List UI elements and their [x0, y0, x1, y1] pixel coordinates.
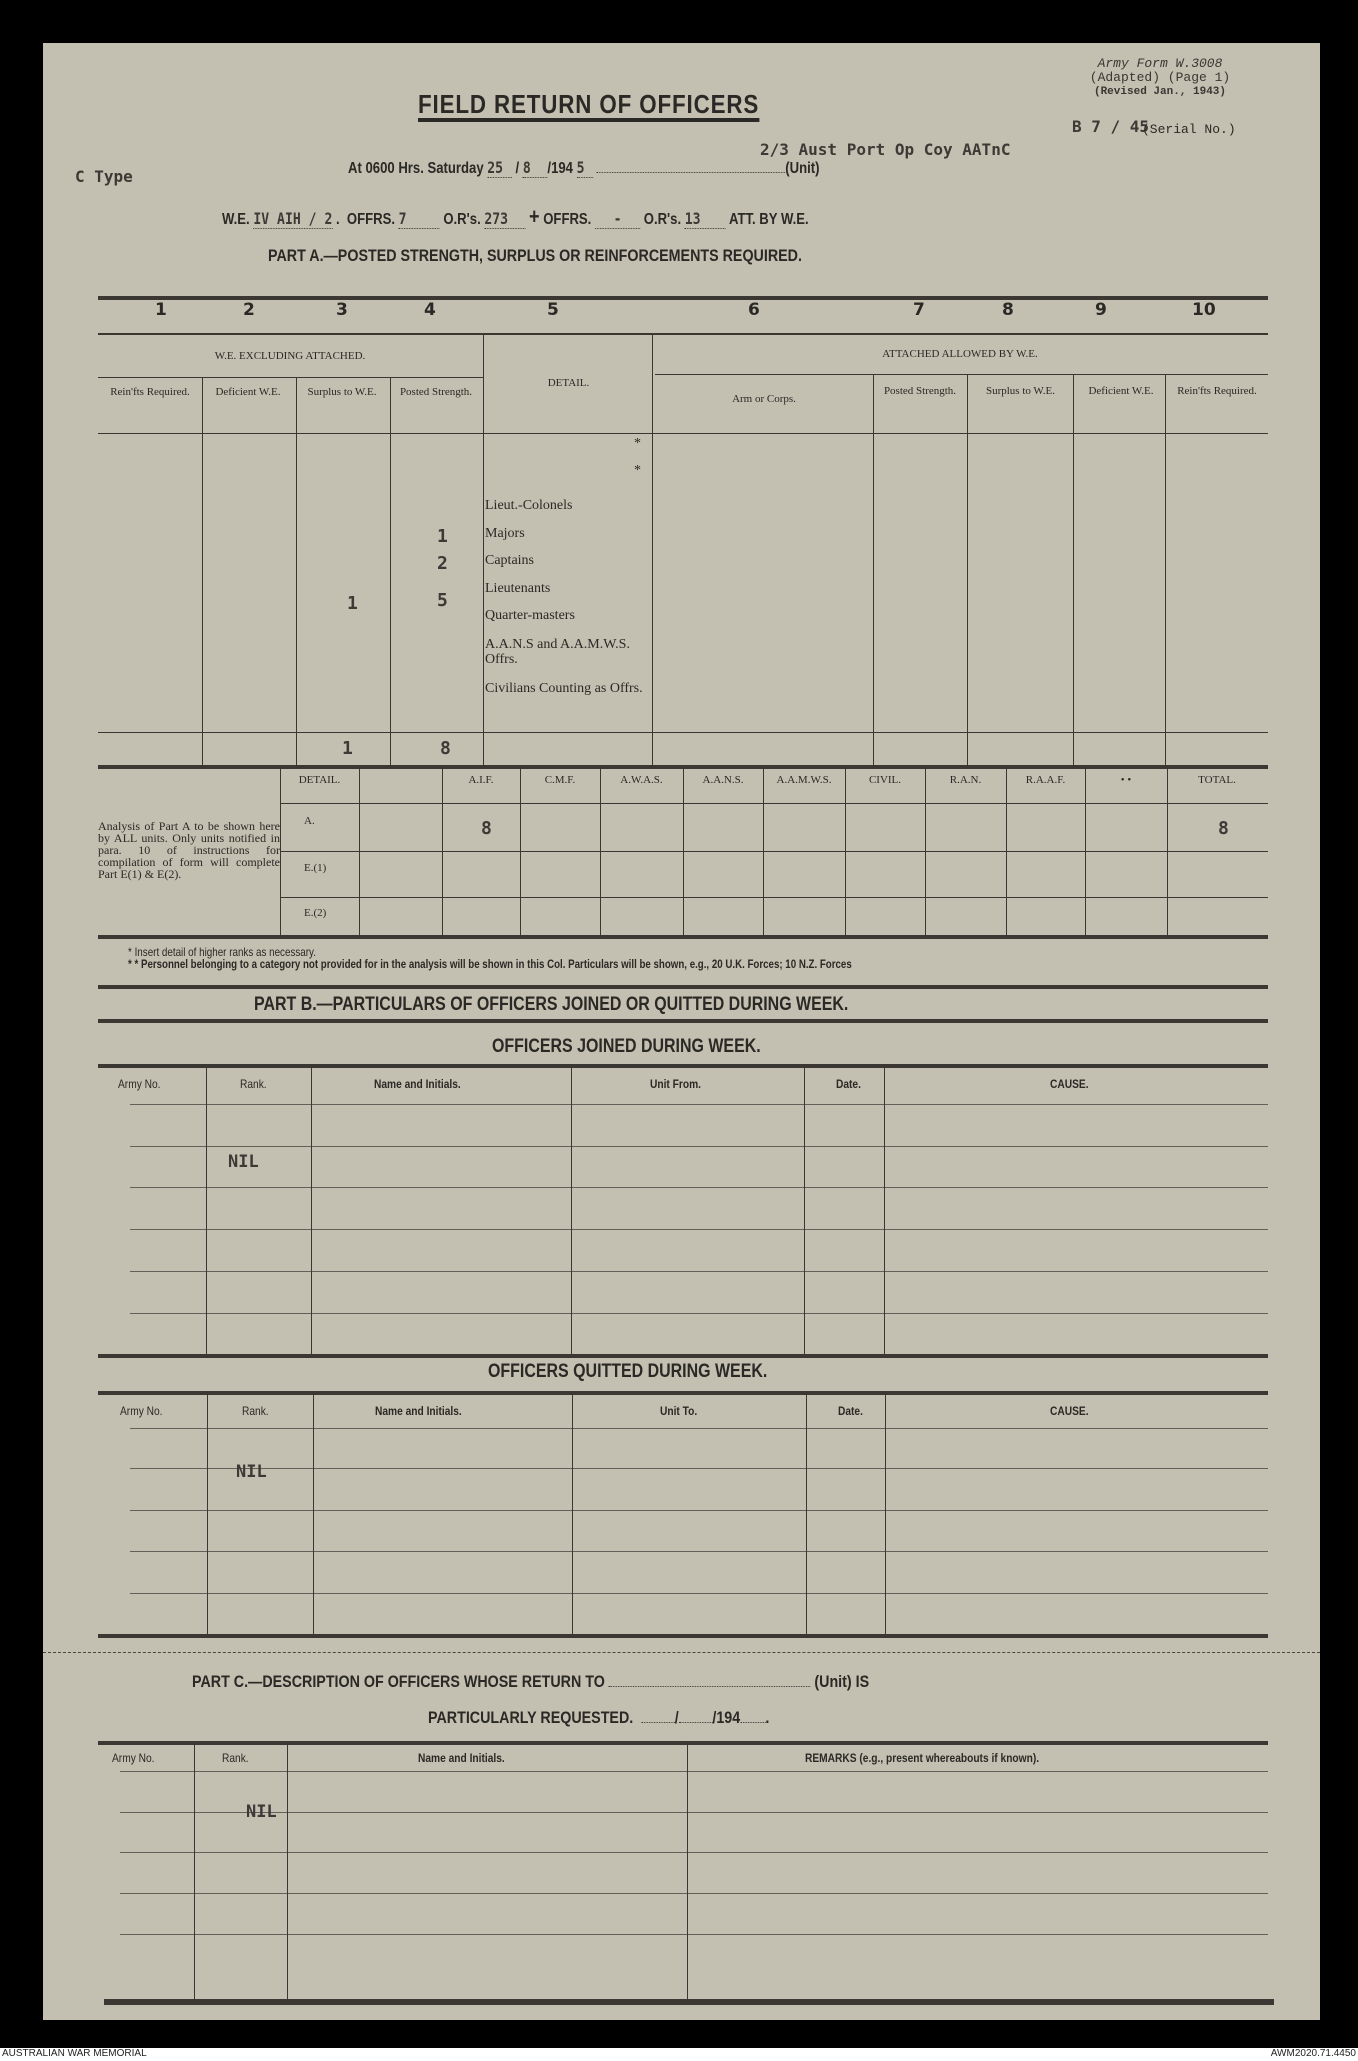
part-b-title: PART B.—PARTICULARS OF OFFICERS JOINED O… — [254, 994, 848, 1016]
posted-majors-value[interactable]: 1 — [437, 526, 448, 547]
joined-header-rank: Rank. — [240, 1077, 267, 1091]
quitted-header-cause: CAUSE. — [1050, 1404, 1089, 1418]
analysis-row-a-label: A. — [304, 815, 315, 827]
col-rule — [1165, 375, 1166, 765]
col-header-surplus-to-we: Surplus to W.E. — [297, 386, 387, 398]
part-c-month-field[interactable] — [679, 1722, 713, 1723]
detail-row-civilians: Civilians Counting as Offrs. — [485, 681, 650, 696]
part-c-title: PART C.—DESCRIPTION OF OFFICERS WHOSE RE… — [192, 1672, 605, 1691]
col-rule — [483, 335, 484, 765]
att-ors-label: O.R's. — [644, 211, 681, 228]
quitted-header-unit-to: Unit To. — [660, 1404, 697, 1418]
col-number-7: 7 — [913, 300, 925, 320]
col-rule — [1167, 769, 1168, 935]
offrs-field[interactable]: 7 — [399, 209, 440, 229]
ruled-line — [130, 1146, 1268, 1147]
att-offrs-label: OFFRS. — [543, 211, 591, 228]
analysis-header-detail: DETAIL. — [280, 774, 359, 786]
divider — [98, 377, 483, 378]
analysis-header-cmf: C.M.F. — [520, 774, 600, 786]
analysis-row-e1-label: E.(1) — [304, 862, 326, 874]
divider — [98, 1634, 1268, 1638]
quitted-nil-entry[interactable]: NIL — [236, 1462, 267, 1482]
analysis-aif-value[interactable]: 8 — [481, 818, 492, 839]
divider — [280, 803, 1268, 804]
at-label: At 0600 Hrs. Saturday — [348, 160, 484, 177]
ruled-line — [130, 1593, 1268, 1594]
detail-row-captains: Captains — [485, 553, 534, 569]
ruled-line — [130, 1468, 1268, 1469]
att-suffix: ATT. BY W.E. — [729, 211, 809, 228]
quitted-header-rank: Rank. — [242, 1404, 269, 1418]
part-c-header-army-no: Army No. — [112, 1751, 155, 1765]
analysis-header-civil: CIVIL. — [845, 774, 925, 786]
posted-captains-value[interactable]: 2 — [437, 553, 448, 574]
joined-header-army-no: Army No. — [118, 1077, 161, 1091]
part-c-requested: PARTICULARLY REQUESTED. — [428, 1708, 633, 1727]
col-header-att-deficient: Deficient W.E. — [1075, 385, 1167, 397]
analysis-header-aif: A.I.F. — [442, 774, 520, 786]
divider — [98, 1064, 1268, 1068]
part-c-header-rank: Rank. — [222, 1751, 249, 1765]
detail-row-lieutenants: Lieutenants — [485, 581, 550, 597]
col-header-deficient-we: Deficient W.E. — [203, 386, 293, 398]
analysis-row-e2-label: E.(2) — [304, 907, 326, 919]
col-header-reinfts-required: Rein'fts Required. — [100, 386, 200, 398]
unit-value: 2/3 Aust Port Op Coy AATnC — [760, 140, 1010, 159]
analysis-header-total: TOTAL. — [1167, 774, 1267, 786]
divider — [98, 985, 1268, 989]
part-c-year-field[interactable] — [740, 1722, 765, 1723]
ruled-line — [130, 1551, 1268, 1552]
unit-label: (Unit) — [785, 160, 819, 177]
col-rule — [600, 769, 601, 935]
joined-header-unit-from: Unit From. — [650, 1077, 701, 1091]
col-header-att-posted-strength: Posted Strength. — [875, 385, 965, 397]
col-rule — [845, 769, 846, 935]
divider — [98, 433, 1268, 434]
detail-row-quarter-masters: Quarter-masters — [485, 608, 575, 624]
divider — [98, 1354, 1268, 1358]
col-rule — [967, 375, 968, 765]
form-ref-line1: Army Form W.3008 — [1040, 57, 1280, 71]
col-rule — [884, 1068, 885, 1354]
we-field[interactable]: IV AIH / 2 — [253, 209, 332, 229]
col-number-5: 5 — [547, 300, 559, 320]
analysis-total-value[interactable]: 8 — [1218, 818, 1229, 839]
plus-sign: + — [529, 204, 540, 229]
att-offrs-field[interactable]: - — [595, 209, 640, 229]
col-rule — [1085, 769, 1086, 935]
form-reference: Army Form W.3008 (Adapted) (Page 1) (Rev… — [1040, 57, 1280, 99]
ruled-line — [120, 1852, 1268, 1853]
detail-row-higher-rank-1: * — [634, 436, 641, 452]
col-rule — [1073, 375, 1074, 765]
divider — [98, 333, 1268, 335]
perforation-line — [43, 1652, 1320, 1653]
divider — [98, 732, 1268, 733]
part-c-title-line1: PART C.—DESCRIPTION OF OFFICERS WHOSE RE… — [192, 1672, 869, 1692]
joined-header-cause: CAUSE. — [1050, 1077, 1089, 1091]
part-c-title-line2: PARTICULARLY REQUESTED. //194. — [428, 1708, 769, 1728]
serial-number-value: B 7 / 45 — [1072, 117, 1149, 136]
form-ref-line3: (Revised Jan., 1943) — [1040, 85, 1280, 99]
divider — [280, 851, 1268, 852]
col-number-10: 10 — [1192, 300, 1216, 320]
col-rule — [311, 1068, 312, 1354]
analysis-header-aamws: A.A.M.W.S. — [763, 774, 845, 786]
col-rule — [572, 1395, 573, 1635]
col-rule — [885, 1395, 886, 1635]
col-number-6: 6 — [748, 300, 760, 320]
col-header-detail: DETAIL. — [485, 377, 652, 389]
divider — [98, 935, 1268, 939]
ruled-line — [120, 1771, 1268, 1772]
col-rule — [280, 769, 281, 935]
analysis-header-aans: A.A.N.S. — [683, 774, 763, 786]
att-ors-field[interactable]: 13 — [685, 209, 726, 229]
group-header-attached: ATTACHED ALLOWED BY W.E. — [655, 348, 1265, 360]
part-c-unit-suffix: (Unit) IS — [814, 1672, 869, 1691]
col-rule — [390, 377, 391, 765]
col-rule — [520, 769, 521, 935]
ruled-line — [130, 1313, 1268, 1314]
ruled-line — [130, 1428, 1268, 1429]
col-number-4: 4 — [424, 300, 436, 320]
col-number-1: 1 — [155, 300, 167, 320]
ruled-line — [130, 1271, 1268, 1272]
col-rule — [683, 769, 684, 935]
ors-field[interactable]: 273 — [484, 209, 525, 229]
analysis-header-other: • • — [1085, 774, 1167, 786]
archive-footer: AUSTRALIAN WAR MEMORIAL AWM2020.71.4450 — [0, 2048, 1358, 2061]
col-rule — [804, 1068, 805, 1354]
divider — [98, 1741, 1268, 1745]
col-number-2: 2 — [243, 300, 255, 320]
page-title: FIELD RETURN OF OFFICERS — [418, 90, 759, 122]
date-year-prefix: /194 — [547, 160, 573, 177]
unit-field[interactable] — [597, 172, 786, 173]
col-header-att-reinfts: Rein'fts Required. — [1167, 385, 1267, 397]
col-rule — [873, 375, 874, 765]
total-surplus-value[interactable]: 1 — [342, 738, 353, 759]
detail-row-lieut-colonels: Lieut.-Colonels — [485, 498, 573, 514]
date-month-field[interactable]: 8 — [523, 158, 548, 178]
date-year-field[interactable]: 5 — [577, 158, 593, 178]
col-rule — [1006, 769, 1007, 935]
footer-accession-number: AWM2020.71.4450 — [1271, 2048, 1356, 2059]
col-rule — [925, 769, 926, 935]
col-rule — [206, 1068, 207, 1354]
col-rule — [287, 1745, 288, 2002]
col-rule — [571, 1068, 572, 1354]
col-rule — [652, 335, 653, 765]
col-header-arm-or-corps: Arm or Corps. — [655, 393, 873, 405]
part-c-day-field[interactable] — [641, 1722, 675, 1723]
joined-title: OFFICERS JOINED DURING WEEK. — [492, 1036, 761, 1058]
divider — [98, 1019, 1268, 1023]
ruled-line — [120, 1812, 1268, 1813]
col-number-3: 3 — [336, 300, 348, 320]
joined-header-date: Date. — [836, 1077, 861, 1091]
col-header-posted-strength: Posted Strength. — [391, 386, 481, 398]
col-rule — [687, 1743, 688, 2002]
surplus-lieutenants-value[interactable]: 1 — [347, 593, 358, 614]
col-rule — [202, 377, 203, 765]
quitted-title: OFFICERS QUITTED DURING WEEK. — [488, 1361, 767, 1383]
analysis-header-raaf: R.A.A.F. — [1006, 774, 1085, 786]
analysis-header-awas: A.W.A.S. — [600, 774, 683, 786]
joined-nil-entry[interactable]: NIL — [228, 1152, 259, 1172]
ruled-line — [120, 1893, 1268, 1894]
analysis-note: Analysis of Part A to be shown here by A… — [98, 820, 280, 880]
col-number-9: 9 — [1095, 300, 1107, 320]
ruled-line — [130, 1510, 1268, 1511]
footer-institution: AUSTRALIAN WAR MEMORIAL — [2, 2048, 147, 2059]
col-rule — [359, 769, 360, 935]
total-posted-value[interactable]: 8 — [440, 738, 451, 759]
quitted-header-date: Date. — [838, 1404, 863, 1418]
part-c-header-name: Name and Initials. — [418, 1751, 505, 1765]
col-header-att-surplus: Surplus to W.E. — [968, 385, 1073, 397]
ruled-line — [130, 1229, 1268, 1230]
establishment-line: W.E. IV AIH / 2 . OFFRS. 7 O.R's. 273 + … — [222, 204, 809, 230]
detail-row-aans-aamws: A.A.N.S and A.A.M.W.S. Offrs. — [485, 637, 650, 667]
form-ref-line2: (Adapted) (Page 1) — [1040, 71, 1280, 85]
divider — [98, 1391, 1268, 1395]
part-a-title: PART A.—POSTED STRENGTH, SURPLUS OR REIN… — [268, 246, 802, 266]
return-datetime-line: At 0600 Hrs. Saturday 25 / 8/194 5 (Unit… — [348, 158, 820, 178]
divider — [104, 1999, 1274, 2005]
divider — [98, 296, 1268, 300]
part-c-nil-entry[interactable]: NIL — [246, 1802, 277, 1822]
col-number-8: 8 — [1002, 300, 1014, 320]
col-rule — [806, 1395, 807, 1635]
ruled-line — [130, 1104, 1268, 1105]
return-unit-field[interactable] — [609, 1686, 811, 1687]
col-rule — [207, 1395, 208, 1635]
quitted-header-name: Name and Initials. — [375, 1404, 462, 1418]
posted-lieutenants-value[interactable]: 5 — [437, 590, 448, 611]
joined-header-name: Name and Initials. — [374, 1077, 461, 1091]
ruled-line — [120, 1934, 1268, 1935]
analysis-header-ran: R.A.N. — [925, 774, 1006, 786]
group-header-we-excluding: W.E. EXCLUDING ATTACHED. — [100, 350, 480, 362]
col-rule — [296, 377, 297, 765]
offrs-label: OFFRS. — [347, 211, 395, 228]
quitted-header-army-no: Army No. — [120, 1404, 163, 1418]
date-day-field[interactable]: 25 — [487, 158, 512, 178]
ruled-line — [130, 1187, 1268, 1188]
col-rule — [313, 1395, 314, 1635]
col-rule — [763, 769, 764, 935]
serial-label: (Serial No.) — [1142, 122, 1236, 137]
type-label: C Type — [75, 167, 133, 186]
footnote-other-category: * * Personnel belonging to a category no… — [128, 957, 852, 971]
we-label: W.E. — [222, 211, 250, 228]
col-rule — [194, 1745, 195, 2002]
detail-row-higher-rank-2: * — [634, 463, 641, 479]
divider — [280, 897, 1268, 898]
part-c-header-remarks: REMARKS (e.g., present whereabouts if kn… — [805, 1751, 1039, 1765]
ors-label: O.R's. — [443, 211, 480, 228]
col-rule — [442, 769, 443, 935]
detail-row-majors: Majors — [485, 526, 525, 542]
divider — [655, 374, 1268, 375]
